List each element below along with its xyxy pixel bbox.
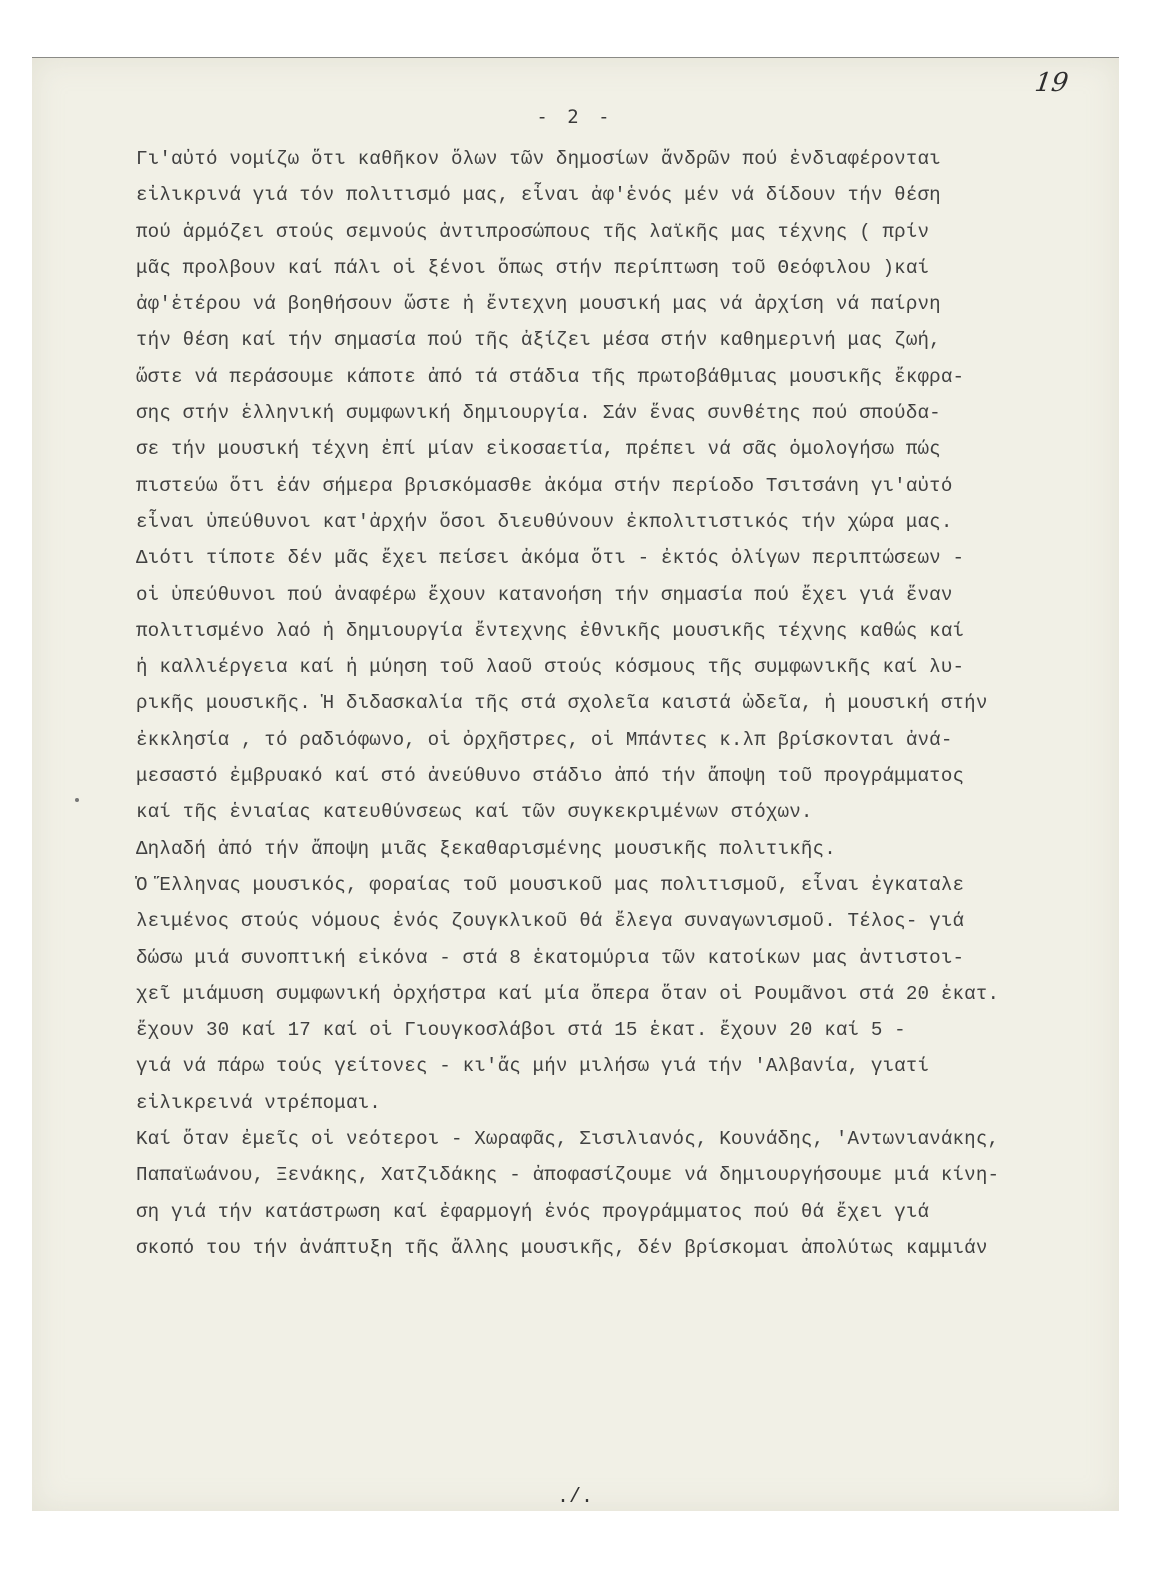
text-line: Ὁ Ἕλληνας μουσικός, φοραίας τοῦ μουσικοῦ… [136, 867, 1121, 903]
text-line: ὥστε νά περάσουμε κάποτε ἀπό τά στάδια τ… [136, 359, 1121, 395]
continuation-mark: ./. [0, 1486, 1150, 1509]
text-line: Διότι τίποτε δέν μᾶς ἔχει πείσει ἀκόμα ὅ… [136, 540, 1121, 576]
text-line: εἶναι ὑπεύθυνοι κατ'ἀρχήν ὅσοι διευθύνου… [136, 504, 1121, 540]
text-line: Δηλαδή ἀπό τήν ἄποψη μιᾶς ξεκαθαρισμένης… [136, 831, 1121, 867]
text-line: ἐκκλησία , τό ραδιόφωνο, οἱ ὀρχῆστρες, ο… [136, 722, 1121, 758]
text-line: εἰλικρεινά ντρέπομαι. [136, 1085, 1121, 1121]
text-line: τήν θέση καί τήν σημασία πού τῆς ἀξίζει … [136, 322, 1121, 358]
text-line: δώσω μιά συνοπτική εἰκόνα - στά 8 ἑκατομ… [136, 940, 1121, 976]
margin-mark [75, 798, 79, 802]
text-line: ἔχουν 30 καί 17 καί οἱ Γιουγκοσλάβοι στά… [136, 1012, 1121, 1048]
text-line: Γι'αὐτό νομίζω ὅτι καθῆκον ὅλων τῶν δημο… [136, 141, 1121, 177]
text-line: Παπαϊωάνου, Ξενάκης, Χατζιδάκης - ἀποφασ… [136, 1157, 1121, 1193]
text-line: πιστεύω ὅτι ἐάν σήμερα βρισκόμασθε ἀκόμα… [136, 468, 1121, 504]
body-text: Γι'αὐτό νομίζω ὅτι καθῆκον ὅλων τῶν δημο… [136, 141, 1121, 1266]
text-line: ἡ καλλιέργεια καί ἡ μύηση τοῦ λαοῦ στούς… [136, 649, 1121, 685]
text-line: λειμένος στούς νόμους ἑνός ζουγκλικοῦ θά… [136, 903, 1121, 939]
text-line: καί τῆς ἑνιαίας κατευθύνσεως καί τῶν συγ… [136, 794, 1121, 830]
text-line: ση γιά τήν κατάστρωση καί ἐφαρμογή ἑνός … [136, 1194, 1121, 1230]
text-line: σε τήν μουσική τέχνη ἐπί μίαν εἰκοσαετία… [136, 431, 1121, 467]
text-line: εἰλικρινά γιά τόν πολιτισμό μας, εἶναι ἀ… [136, 177, 1121, 213]
text-line: οἱ ὑπεύθυνοι πού ἀναφέρω ἔχουν κατανοήση… [136, 577, 1121, 613]
text-line: Καί ὅταν ἐμεῖς οἱ νεότεροι - Χωραφᾶς, Σι… [136, 1121, 1121, 1157]
text-line: πού ἁρμόζει στούς σεμνούς ἀντιπροσώπους … [136, 214, 1121, 250]
text-line: γιά νά πάρω τούς γείτονες - κι'ἄς μήν μι… [136, 1048, 1121, 1084]
handwritten-page-number: 19 [1033, 68, 1070, 98]
text-line: πολιτισμένο λαό ἡ δημιουργία ἔντεχνης ἐθ… [136, 613, 1121, 649]
text-line: μᾶς προλβουν καί πάλι οἱ ξένοι ὅπως στήν… [136, 250, 1121, 286]
text-line: χεῖ μιάμυση συμφωνική ὀρχήστρα καί μία ὄ… [136, 976, 1121, 1012]
text-line: σκοπό του τήν ἀνάπτυξη τῆς ἄλλης μουσικῆ… [136, 1230, 1121, 1266]
text-line: ἀφ'ἑτέρου νά βοηθήσουν ὥστε ἡ ἔντεχνη μο… [136, 286, 1121, 322]
typed-page-marker: - 2 - [0, 106, 1150, 128]
text-line: ρικῆς μουσικῆς. Ἡ διδασκαλία τῆς στά σχο… [136, 685, 1121, 721]
text-line: μεσαστό ἐμβρυακό καί στό ἀνεύθυνο στάδιο… [136, 758, 1121, 794]
text-line: σης στήν ἑλληνική συμφωνική δημιουργία. … [136, 395, 1121, 431]
